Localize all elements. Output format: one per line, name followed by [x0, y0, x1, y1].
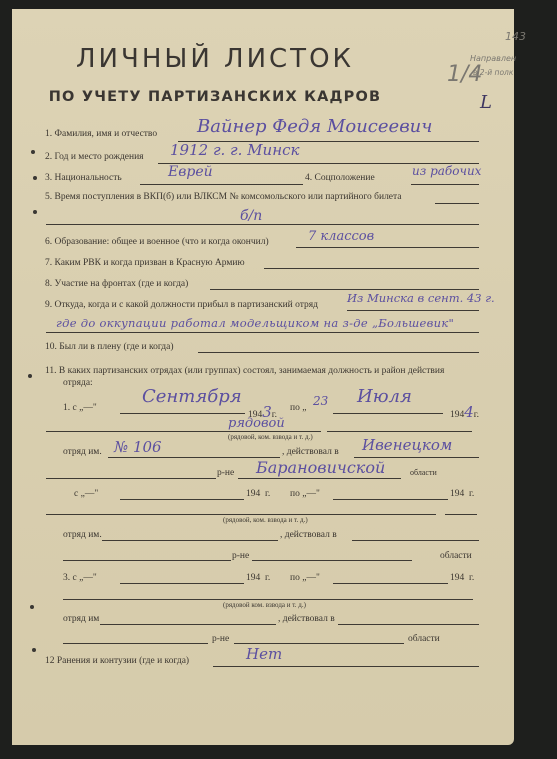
- service-3-acted-line: [338, 624, 479, 625]
- field-9-label: 9. Откуда, когда и с какой должности при…: [45, 300, 318, 310]
- service-1-from-month-line: [120, 413, 245, 414]
- page-title: ЛИЧНЫЙ ЛИСТОК: [0, 44, 430, 74]
- field-8-line: [210, 289, 479, 290]
- service-2-from-month-line: [120, 499, 244, 500]
- service-1-unit-label: отряд им.: [63, 447, 102, 457]
- field-6-label: 6. Образование: общее и военное (что и к…: [45, 237, 269, 247]
- service-1-district-line: [46, 478, 216, 479]
- field-10-label: 10. Был ли в плену (где и когда): [45, 342, 174, 352]
- service-1-to-month: Июля: [357, 386, 412, 407]
- service-2-region-line: [252, 560, 412, 561]
- service-2-to-year: 194 г.: [450, 489, 474, 499]
- service-1-position: рядовой: [228, 416, 285, 431]
- service-2-position-line: [46, 514, 436, 515]
- field-7-label: 7. Каким РВК и когда призван в Красную А…: [45, 258, 245, 268]
- field-9-value-line2: где до оккупации работал модельщиком на …: [56, 316, 454, 330]
- margin-note-sent-2: в 2-й полк: [473, 68, 513, 77]
- service-1-region-line: [238, 478, 401, 479]
- field-12-label: 12 Ранения и контузии (где и когда): [45, 656, 189, 666]
- service-3-region-label: области: [408, 634, 440, 644]
- field-11-label-line2: отряда:: [63, 378, 93, 388]
- service-1-region-label: области: [410, 468, 437, 477]
- service-2-acted-label: , действовал в: [280, 530, 337, 540]
- field-4-value: из рабочих: [412, 164, 481, 178]
- punch-hole: [33, 210, 37, 214]
- service-1-from-month: Сентября: [142, 386, 242, 407]
- margin-note-sent-1: Направлен: [470, 54, 516, 63]
- field-1-value: Вайнер Федя Моисеевич: [197, 116, 432, 137]
- punch-hole: [33, 176, 37, 180]
- field-2-value: 1912 г. г. Минск: [170, 141, 299, 159]
- service-2-to: по „—": [290, 489, 320, 499]
- service-2-from: с „—": [74, 489, 98, 499]
- field-3-label: 3. Национальность: [45, 173, 122, 183]
- punch-hole: [31, 150, 35, 154]
- service-2-district-line: [63, 560, 231, 561]
- service-1-to-day: 23: [313, 394, 328, 408]
- field-3-line: [140, 184, 303, 185]
- page-subtitle: ПО УЧЕТУ ПАРТИЗАНСКИХ КАДРОВ: [0, 89, 430, 105]
- field-10-line: [198, 352, 479, 353]
- service-1-district-label: р-не: [217, 468, 234, 478]
- service-1-to: по „: [290, 403, 306, 413]
- field-6-value: 7 классов: [308, 229, 374, 244]
- service-1-position-hint: (рядовой, ком. взвода и т. д.): [228, 433, 313, 441]
- service-3-from-month-line: [120, 583, 244, 584]
- check-mark: L: [480, 92, 492, 113]
- service-3-position-hint: (рядовой ком. взвода и т. д.): [223, 601, 306, 609]
- field-1-label: 1. Фамилия, имя и отчество: [45, 129, 157, 139]
- service-3-region-line: [234, 643, 404, 644]
- service-1-unit-line: [108, 457, 280, 458]
- service-3-to-year: 194 г.: [450, 573, 474, 583]
- service-3-from: 3. с „—": [63, 573, 97, 583]
- service-1-acted-label: , действовал в: [282, 447, 339, 457]
- service-2-to-month-line: [333, 499, 448, 500]
- service-3-acted-label: , действовал в: [278, 614, 335, 624]
- service-1-district: Ивенецком: [362, 436, 452, 454]
- service-2-from-year: 194 г.: [246, 489, 270, 499]
- field-5-line-a: [435, 203, 479, 204]
- field-11-label: 11. В каких партизанских отрядах (или гр…: [45, 366, 444, 376]
- field-9-value: Из Минска в сент. 43 г.: [347, 291, 495, 305]
- service-2-position-line-b: [445, 514, 477, 515]
- service-3-to-month-line: [333, 583, 448, 584]
- service-3-unit-label: отряд им: [63, 614, 99, 624]
- service-2-unit-line: [102, 540, 278, 541]
- service-2-unit-label: отряд им.: [63, 530, 102, 540]
- field-5-value: б/п: [240, 208, 262, 224]
- field-2-label: 2. Год и место рождения: [45, 152, 144, 162]
- service-2-district-label: р-не: [232, 551, 249, 561]
- service-1-to-year: 1944г.: [450, 403, 479, 421]
- service-3-unit-line: [100, 624, 276, 625]
- field-4-label: 4. Соцположение: [305, 173, 375, 183]
- punch-hole: [30, 605, 34, 609]
- field-9-line-a: [347, 310, 479, 311]
- punch-hole: [32, 648, 36, 652]
- field-4-line: [411, 184, 479, 185]
- service-3-from-year: 194 г.: [246, 573, 270, 583]
- service-2-acted-line: [352, 540, 479, 541]
- service-3-to: по „—": [290, 573, 320, 583]
- service-3-district-label: р-не: [212, 634, 229, 644]
- service-1-unit: № 106: [114, 438, 162, 456]
- service-1-position-line: [46, 431, 321, 432]
- field-12-line: [213, 666, 479, 667]
- service-1-from: 1. с „—": [63, 403, 97, 413]
- field-5-line-b: [46, 224, 479, 225]
- service-1-region: Барановичской: [256, 458, 385, 477]
- service-3-position-line: [63, 599, 473, 600]
- service-3-district-line: [63, 643, 208, 644]
- field-9-line-b: [46, 332, 479, 333]
- service-1-to-month-line: [333, 413, 443, 414]
- service-1-position-line-b: [327, 431, 472, 432]
- field-8-label: 8. Участие на фронтах (где и когда): [45, 279, 188, 289]
- service-2-region-label: области: [440, 551, 472, 561]
- field-6-line: [296, 247, 479, 248]
- punch-hole: [28, 374, 32, 378]
- field-3-value: Еврей: [168, 164, 213, 180]
- margin-note-number: 143: [505, 30, 526, 43]
- field-12-value: Нет: [246, 645, 282, 663]
- field-7-line: [264, 268, 479, 269]
- service-2-position-hint: (рядовой, ком. взвода и т. д.): [223, 516, 308, 524]
- field-5-label: 5. Время поступления в ВКП(б) или ВЛКСМ …: [45, 192, 402, 202]
